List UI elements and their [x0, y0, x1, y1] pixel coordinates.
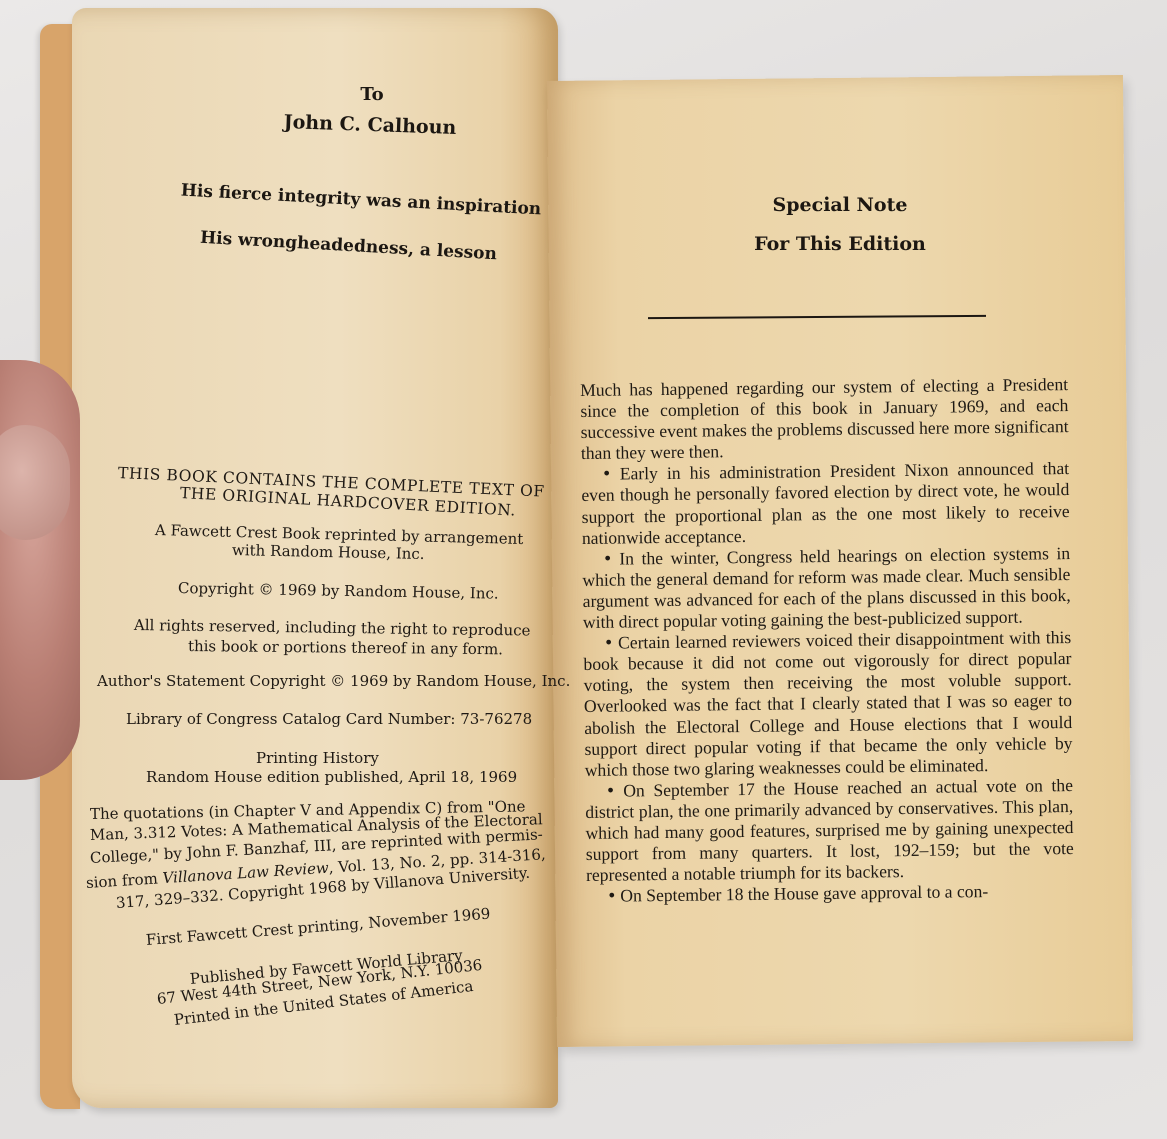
rights-line-2: this book or portions thereof in any for…	[188, 636, 503, 659]
fawcett-line-2: with Random House, Inc.	[232, 540, 425, 564]
paragraph-september-17: On September 17 the House reached an act…	[585, 775, 1074, 886]
random-house-edition: Random House edition published, April 18…	[146, 767, 517, 787]
note-title-line-2: For This Edition	[552, 233, 1128, 255]
lccn: Library of Congress Catalog Card Number:…	[126, 709, 532, 729]
dedication-to: To	[72, 84, 672, 105]
paragraph-nixon: Early in his administration President Ni…	[581, 458, 1070, 548]
thumbnail	[0, 425, 70, 540]
note-title-line-1: Special Note	[552, 194, 1128, 216]
special-note-body: Much has happened regarding our system o…	[580, 374, 1074, 907]
holding-thumb	[0, 360, 80, 780]
author-statement: Author's Statement Copyright © 1969 by R…	[97, 671, 570, 691]
paragraph-intro: Much has happened regarding our system o…	[580, 374, 1069, 464]
quotations-prefix: sion from	[85, 869, 163, 892]
paragraph-congress-hearings: In the winter, Congress held hearings on…	[582, 543, 1071, 633]
printing-history-heading: Printing History	[256, 748, 379, 768]
paragraph-reviewers: Certain learned reviewers voiced their d…	[583, 627, 1073, 781]
